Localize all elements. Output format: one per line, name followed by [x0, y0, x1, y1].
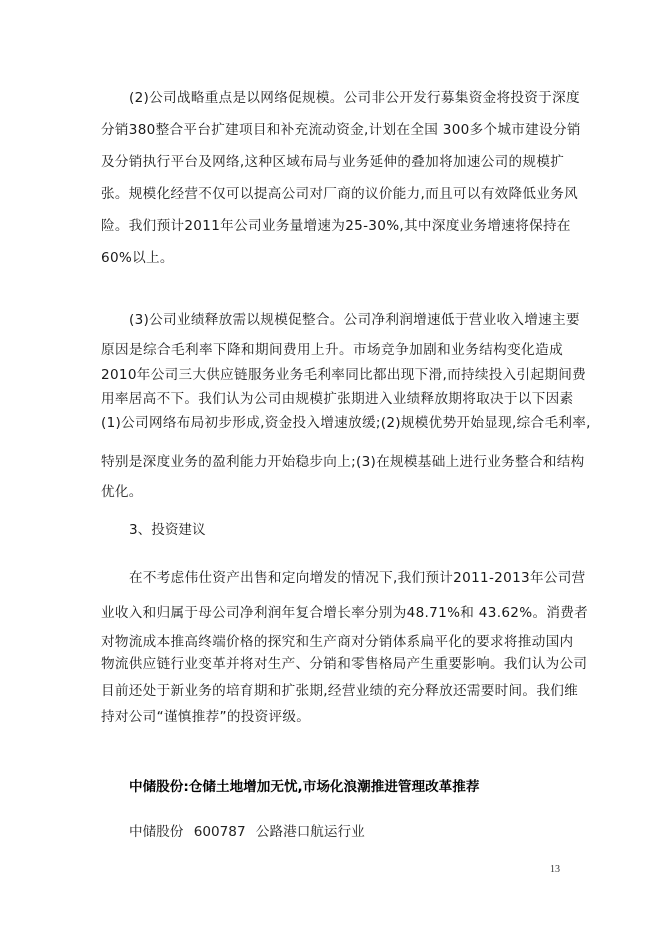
invest-paragraph-line: 持对公司“谨慎推荐”的投资评级。 [101, 707, 563, 727]
invest-paragraph-line: 对物流成本推高终端价格的探究和生产商对分销体系扁平化的要求将推动国内 [101, 632, 563, 652]
invest-paragraph-line: 物流供应链行业变革并将对生产、分销和零售格局产生重要影响。我们认为公司 [101, 654, 563, 674]
paragraph-2-line: 险。我们预计2011年公司业务量增速为25-30%,其中深度业务增速将保持在 [101, 216, 563, 236]
section-heading: 3、投资建议 [129, 520, 206, 540]
paragraph-3-line: 原因是综合毛利率下降和期间费用上升。市场竞争加剧和业务结构变化造成 [101, 340, 563, 360]
paragraph-3-line: 优化。 [101, 482, 563, 502]
report-subline: 中储股份 600787 公路港口航运行业 [129, 822, 365, 842]
paragraph-2-line: 分销380整合平台扩建项目和补充流动资金,计划在全国 300多个城市建设分销 [101, 120, 563, 140]
paragraph-2-line: 60%以上。 [101, 248, 563, 268]
invest-paragraph-line: 业收入和归属于母公司净利润年复合增长率分别为48.71%和 43.62%。消费者 [101, 603, 563, 623]
paragraph-2-line: 及分销执行平台及网络,这种区域布局与业务延伸的叠加将加速公司的规模扩 [101, 152, 563, 172]
paragraph-3-line: 2010年公司三大供应链服务业务毛利率同比都出现下滑,而持续投入引起期间费 [101, 365, 563, 385]
page-number: 13 [550, 864, 560, 875]
paragraph-2-line: (2)公司战略重点是以网络促规模。公司非公开发行募集资金将投资于深度 [129, 88, 563, 108]
paragraph-3-line: 用率居高不下。我们认为公司由规模扩张期进入业绩释放期将取决于以下因素 [101, 389, 563, 409]
paragraph-3-line: 特别是深度业务的盈利能力开始稳步向上;(3)在规模基础上进行业务整合和结构 [101, 452, 563, 472]
paragraph-3-line: (3)公司业绩释放需以规模促整合。公司净利润增速低于营业收入增速主要 [129, 310, 563, 330]
paragraph-2-line: 张。规模化经营不仅可以提高公司对厂商的议价能力,而且可以有效降低业务风 [101, 184, 563, 204]
invest-paragraph-line: 目前还处于新业务的培育期和扩张期,经营业绩的充分释放还需要时间。我们维 [101, 681, 563, 701]
invest-paragraph-line: 在不考虑伟仕资产出售和定向增发的情况下,我们预计2011-2013年公司营 [129, 568, 563, 588]
paragraph-3-line: (1)公司网络布局初步形成,资金投入增速放缓;(2)规模优势开始显现,综合毛利率… [101, 413, 563, 433]
report-title: 中储股份:仓储土地增加无忧,市场化浪潮推进管理改革推荐 [129, 777, 479, 797]
